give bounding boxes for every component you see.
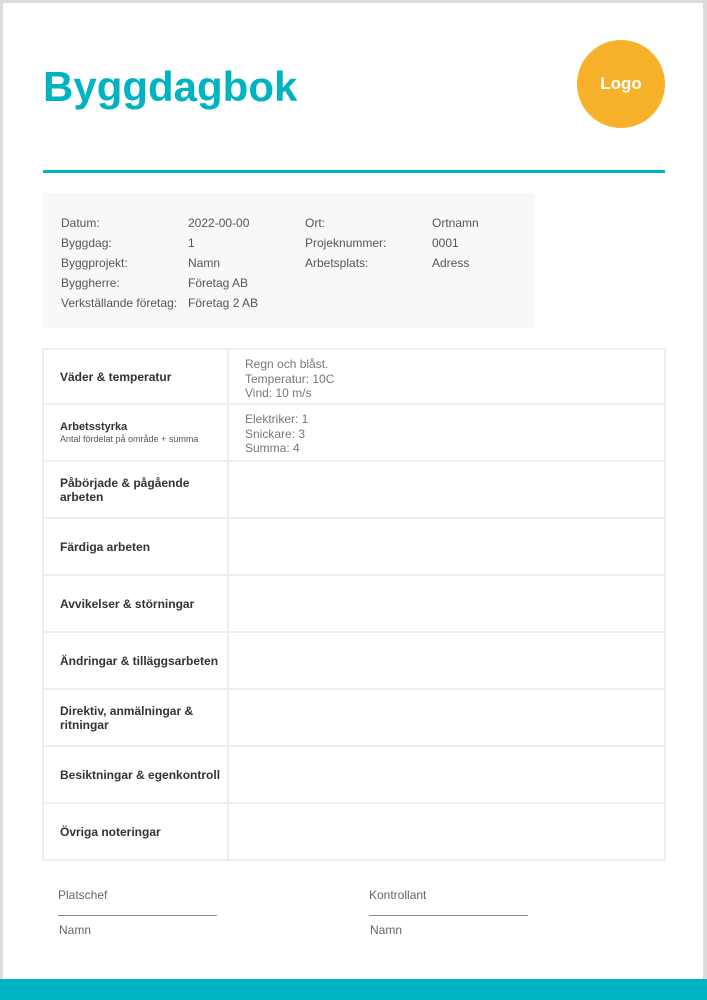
signature-name-platschef: Namn <box>59 923 91 937</box>
row-label: Ändringar & tilläggsarbeten <box>43 632 228 689</box>
row-entry-field[interactable]: Elektriker: 1Snickare: 3Summa: 4 <box>228 404 665 461</box>
signature-line-kontrollant[interactable] <box>369 915 528 916</box>
document-page: Byggdagbok Logo Datum: 2022-00-00 Byggda… <box>3 3 703 1000</box>
row-entry-field[interactable]: Regn och blåst.Temperatur: 10CVind: 10 m… <box>228 349 665 404</box>
row-label-text: Färdiga arbeten <box>60 540 150 554</box>
entry-line: Temperatur: 10C <box>245 372 663 387</box>
row-label-text: Påbörjade & pågående arbeten <box>60 476 189 504</box>
entry-line: Regn och blåst. <box>245 357 663 372</box>
row-entry-field[interactable] <box>228 518 665 575</box>
info-value: Namn <box>188 256 220 270</box>
row-entry-field[interactable] <box>228 689 665 746</box>
info-value: Adress <box>432 256 469 270</box>
row-label: Färdiga arbeten <box>43 518 228 575</box>
info-label: Byggdag: <box>61 236 112 250</box>
entry-line: Snickare: 3 <box>245 427 663 442</box>
info-label: Datum: <box>61 216 100 230</box>
table-row: Väder & temperaturRegn och blåst.Tempera… <box>43 349 665 404</box>
table-row: Avvikelser & störningar <box>43 575 665 632</box>
logo-text: Logo <box>600 74 642 94</box>
row-label: Övriga noteringar <box>43 803 228 860</box>
info-value: Företag 2 AB <box>188 296 258 310</box>
info-label: Byggherre: <box>61 276 120 290</box>
row-label: Besiktningar & egenkontroll <box>43 746 228 803</box>
table-row: Färdiga arbeten <box>43 518 665 575</box>
info-value: 1 <box>188 236 195 250</box>
project-info-panel: Datum: 2022-00-00 Byggdag: 1 Byggprojekt… <box>43 193 535 328</box>
table-row: Besiktningar & egenkontroll <box>43 746 665 803</box>
row-label: ArbetsstyrkaAntal fördelat på område + s… <box>43 404 228 461</box>
info-label: Byggprojekt: <box>61 256 128 270</box>
info-value: 2022-00-00 <box>188 216 249 230</box>
row-sublabel: Antal fördelat på område + summa <box>60 434 226 445</box>
signature-role-platschef: Platschef <box>58 888 107 902</box>
row-label-text: Direktiv, anmälningar & ritningar <box>60 704 193 732</box>
row-entry-field[interactable] <box>228 803 665 860</box>
row-label-text: Avvikelser & störningar <box>60 597 194 611</box>
table-row: Övriga noteringar <box>43 803 665 860</box>
table-row: Direktiv, anmälningar & ritningar <box>43 689 665 746</box>
daily-log-table: Väder & temperaturRegn och blåst.Tempera… <box>42 348 666 861</box>
row-label-text: Arbetsstyrka <box>60 421 127 433</box>
info-label: Arbetsplats: <box>305 256 368 270</box>
row-label: Påbörjade & pågående arbeten <box>43 461 228 518</box>
row-label-text: Besiktningar & egenkontroll <box>60 768 220 782</box>
entry-line: Vind: 10 m/s <box>245 386 663 401</box>
row-entry-field[interactable] <box>228 632 665 689</box>
table-row: ArbetsstyrkaAntal fördelat på område + s… <box>43 404 665 461</box>
info-value: Företag AB <box>188 276 248 290</box>
entry-line: Elektriker: 1 <box>245 412 663 427</box>
row-entry-field[interactable] <box>228 746 665 803</box>
signature-line-platschef[interactable] <box>58 915 217 916</box>
info-label: Ort: <box>305 216 325 230</box>
header-divider <box>43 170 665 173</box>
signature-name-kontrollant: Namn <box>370 923 402 937</box>
entry-line: Summa: 4 <box>245 441 663 456</box>
row-label: Väder & temperatur <box>43 349 228 404</box>
info-label: Projeknummer: <box>305 236 386 250</box>
row-label: Avvikelser & störningar <box>43 575 228 632</box>
row-label-text: Övriga noteringar <box>60 825 161 839</box>
footer-bar <box>0 979 707 1000</box>
row-label-text: Ändringar & tilläggsarbeten <box>60 654 218 668</box>
row-label-text: Väder & temperatur <box>60 370 171 384</box>
signature-role-kontrollant: Kontrollant <box>369 888 426 902</box>
page-title: Byggdagbok <box>43 63 297 111</box>
table-row: Ändringar & tilläggsarbeten <box>43 632 665 689</box>
row-label: Direktiv, anmälningar & ritningar <box>43 689 228 746</box>
row-entry-field[interactable] <box>228 575 665 632</box>
info-label: Verkställande företag: <box>61 296 177 310</box>
logo: Logo <box>577 40 665 128</box>
table-row: Påbörjade & pågående arbeten <box>43 461 665 518</box>
info-value: Ortnamn <box>432 216 479 230</box>
info-value: 0001 <box>432 236 459 250</box>
row-entry-field[interactable] <box>228 461 665 518</box>
